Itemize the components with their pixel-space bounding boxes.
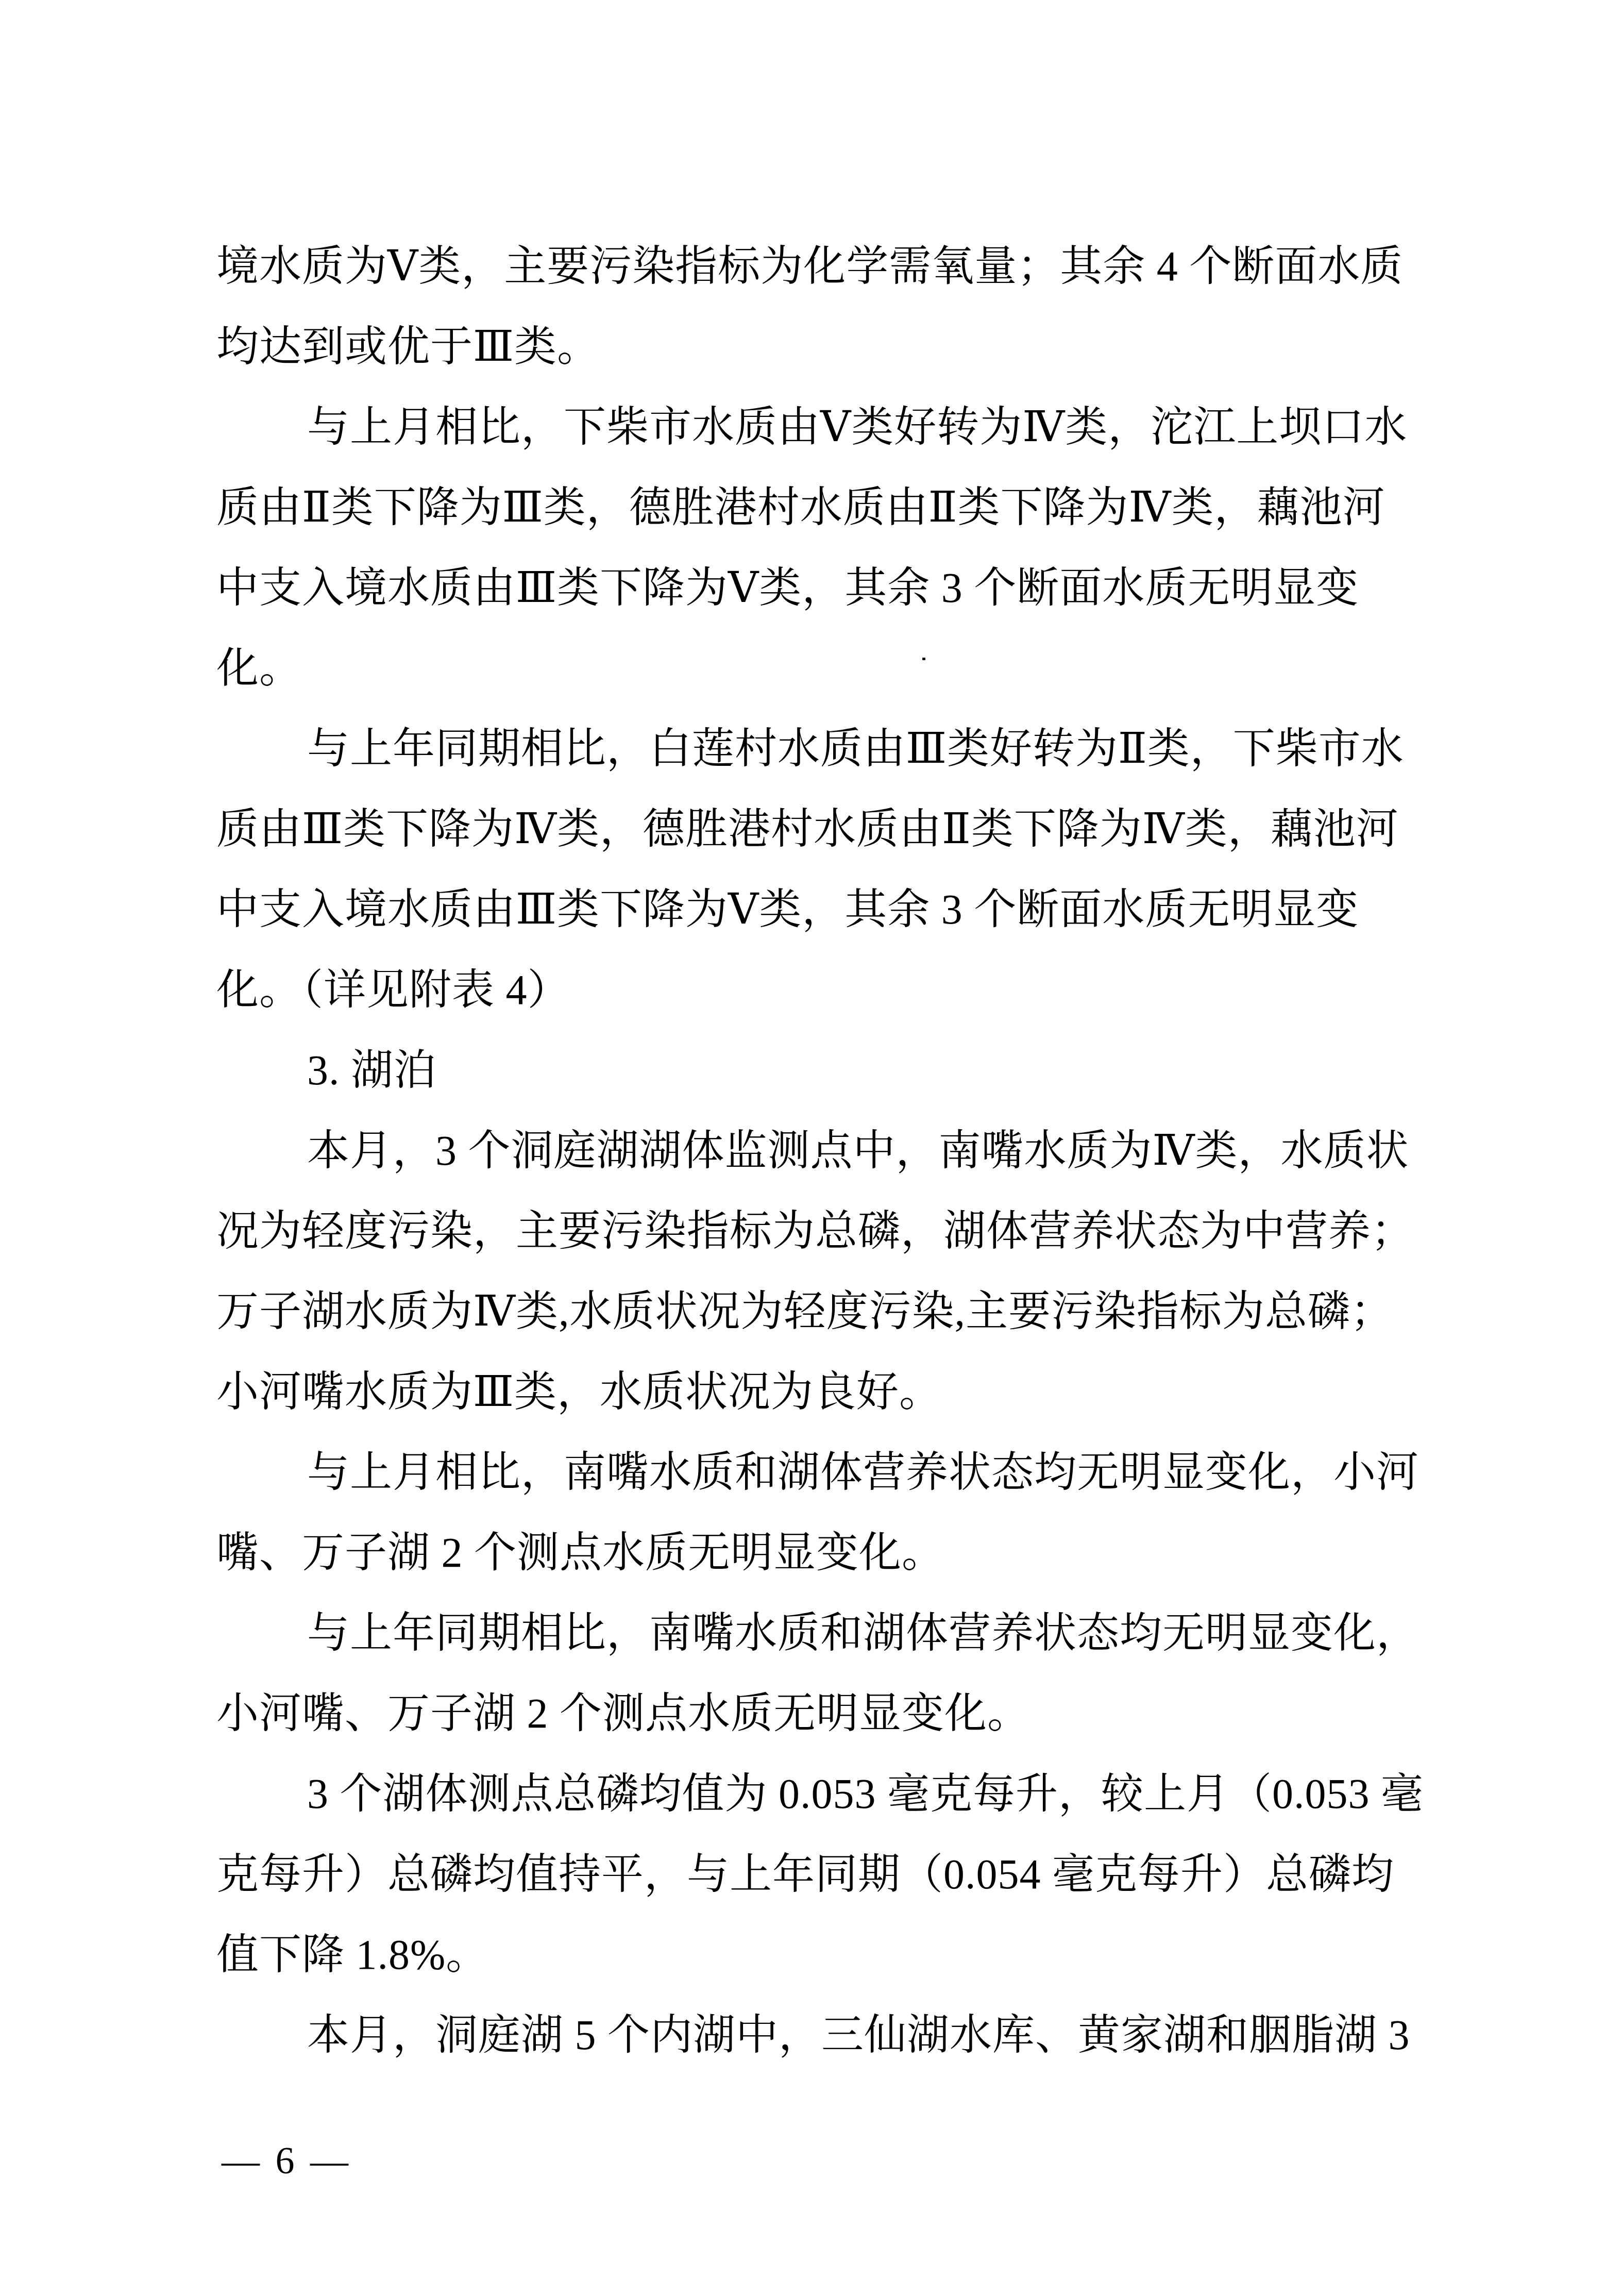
text-line: 化。（详见附表 4） — [216, 950, 1428, 1030]
text-line: 质由Ⅲ类下降为Ⅳ类，德胜港村水质由Ⅱ类下降为Ⅳ类，藕池河 — [216, 789, 1428, 869]
text-line: 3 个湖体测点总磷均值为 0.053 毫克每升，较上月（0.053 毫 — [216, 1754, 1428, 1834]
text-line: 与上年同期相比，白莲村水质由Ⅲ类好转为Ⅱ类，下柴市水 — [216, 709, 1428, 789]
text-line: 化。 — [216, 628, 1428, 709]
text-line: 质由Ⅱ类下降为Ⅲ类，德胜港村水质由Ⅱ类下降为Ⅳ类，藕池河 — [216, 467, 1428, 548]
text-line: 与上月相比，南嘴水质和湖体营养状态均无明显变化，小河 — [216, 1432, 1428, 1513]
text-line: 中支入境水质由Ⅲ类下降为Ⅴ类，其余 3 个断面水质无明显变 — [216, 869, 1428, 950]
text-line: 况为轻度污染，主要污染指标为总磷，湖体营养状态为中营养； — [216, 1191, 1428, 1271]
text-line: 万子湖水质为Ⅳ类,水质状况为轻度污染,主要污染指标为总磷； — [216, 1271, 1428, 1352]
text-line: 小河嘴水质为Ⅲ类，水质状况为良好。 — [216, 1352, 1428, 1432]
text-line: 值下降 1.8%。 — [216, 1915, 1428, 1995]
text-line: 与上年同期相比，南嘴水质和湖体营养状态均无明显变化， — [216, 1593, 1428, 1673]
text-line: 本月，洞庭湖 5 个内湖中，三仙湖水库、黄家湖和胭脂湖 3 — [216, 1995, 1428, 2075]
text-line: 嘴、万子湖 2 个测点水质无明显变化。 — [216, 1513, 1428, 1593]
ink-speck — [922, 658, 925, 660]
text-line: 均达到或优于Ⅲ类。 — [216, 307, 1428, 387]
document-body-text: 境水质为Ⅴ类，主要污染指标为化学需氧量；其余 4 个断面水质 均达到或优于Ⅲ类。… — [216, 226, 1428, 2075]
page-number: — 6 — — [222, 2138, 351, 2184]
text-line: 克每升）总磷均值持平，与上年同期（0.054 毫克每升）总磷均 — [216, 1834, 1428, 1915]
text-line: 与上月相比，下柴市水质由Ⅴ类好转为Ⅳ类，沱江上坝口水 — [216, 387, 1428, 467]
text-line: 本月，3 个洞庭湖湖体监测点中，南嘴水质为Ⅳ类，水质状 — [216, 1111, 1428, 1191]
section-heading-lakes: 3. 湖泊 — [216, 1030, 1428, 1111]
text-line: 中支入境水质由Ⅲ类下降为Ⅴ类，其余 3 个断面水质无明显变 — [216, 548, 1428, 628]
scanned-report-page: 境水质为Ⅴ类，主要污染指标为化学需氧量；其余 4 个断面水质 均达到或优于Ⅲ类。… — [0, 0, 1622, 2296]
text-line: 小河嘴、万子湖 2 个测点水质无明显变化。 — [216, 1673, 1428, 1754]
text-line: 境水质为Ⅴ类，主要污染指标为化学需氧量；其余 4 个断面水质 — [216, 226, 1428, 307]
